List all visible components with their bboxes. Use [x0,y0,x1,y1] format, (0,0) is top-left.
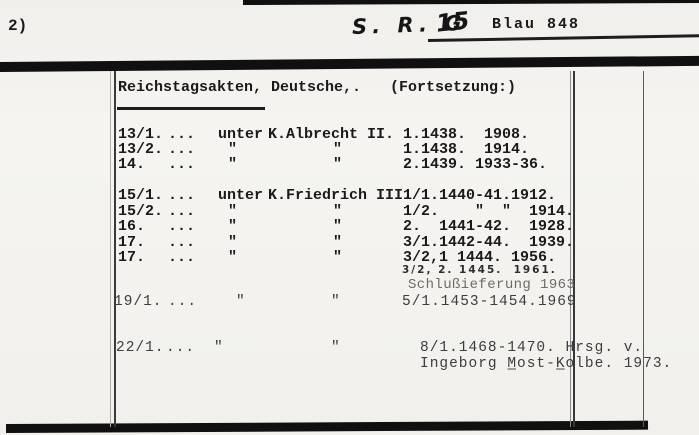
row-cell: " [331,294,341,310]
table-row: 22/1....""8/1.1468-1470. Hrsg. v. [0,340,699,356]
row-cell: ... [166,340,195,356]
table-row: 13/2....""1.1438. 1914. [0,142,699,158]
row-cell: ... [168,294,197,310]
page-number: 2) [8,18,27,34]
row-cell: 22/1. [116,340,165,356]
card-bottom-edge-bar [6,421,648,433]
row-cell: 3/2, 2. 1445. 1961. [402,264,557,276]
row-cell: " [228,219,237,235]
table-row: 17....""3/1.1442-44. 1939. [0,235,699,251]
row-cell: ... [168,188,195,204]
row-cell: " [236,294,246,310]
table-row: 19/1....""5/1.1453-1454.1969 [0,294,699,310]
title-continuation: (Fortsetzung:) [390,80,516,96]
table-row: Schlußieferung 1963 [0,278,699,294]
row-cell: " [333,157,342,173]
row-cell: 16. [118,219,145,235]
row-cell: ... [168,157,195,173]
row-cell: " [333,219,342,235]
stamp-blau: Blau 848 [492,17,580,33]
row-cell: 1/1.1440-41.1912. [403,188,556,204]
call-number-series-number: 15 [435,6,471,37]
table-row: 13/1....unterK.Albrecht II.1.1438. 1908. [0,127,699,143]
table-row: 16....""2. 1441-42. 1928. [0,219,699,235]
card-title: Reichstagsakten, Deutsche,. [118,80,361,96]
row-cell: 2. 1441-42. 1928. [403,219,574,235]
row-cell: 19/1. [114,294,163,310]
row-cell: 2.1439. 1933-36. [403,157,547,173]
table-row: 14....""2.1439. 1933-36. [0,157,699,173]
row-cell: Schlußieferung 1963 [408,278,575,293]
row-cell: ... [168,219,195,235]
row-cell: 15/1. [118,188,163,204]
call-number-underline [428,34,699,41]
row-cell: " [228,157,237,173]
title-underline [117,107,265,110]
table-row: Ingeborg M̲ost-K̲olbe. 1973. [0,356,699,372]
row-cell: Ingeborg M̲ost-K̲olbe. 1973. [420,356,672,372]
table-row: 15/1....unterK.Friedrich III.1/1.1440-41… [0,188,699,204]
row-cell: 8/1.1468-1470. Hrsg. v. [420,340,643,356]
row-cell: K.Albrecht II. [268,127,394,143]
scan-bar-top-edge [243,0,699,5]
row-cell: 5/1.1453-1454.1969 [402,294,577,310]
row-cell: " [214,340,224,356]
row-cell: " [331,340,341,356]
row-cell: 14. [118,157,145,173]
row-cell: unter [218,188,263,204]
card-top-edge-bar [0,56,699,72]
row-cell: K.Friedrich III. [268,188,412,204]
table-row: 15/2....""1/2. " " 1914. [0,204,699,220]
row-cell: unter [218,127,263,143]
